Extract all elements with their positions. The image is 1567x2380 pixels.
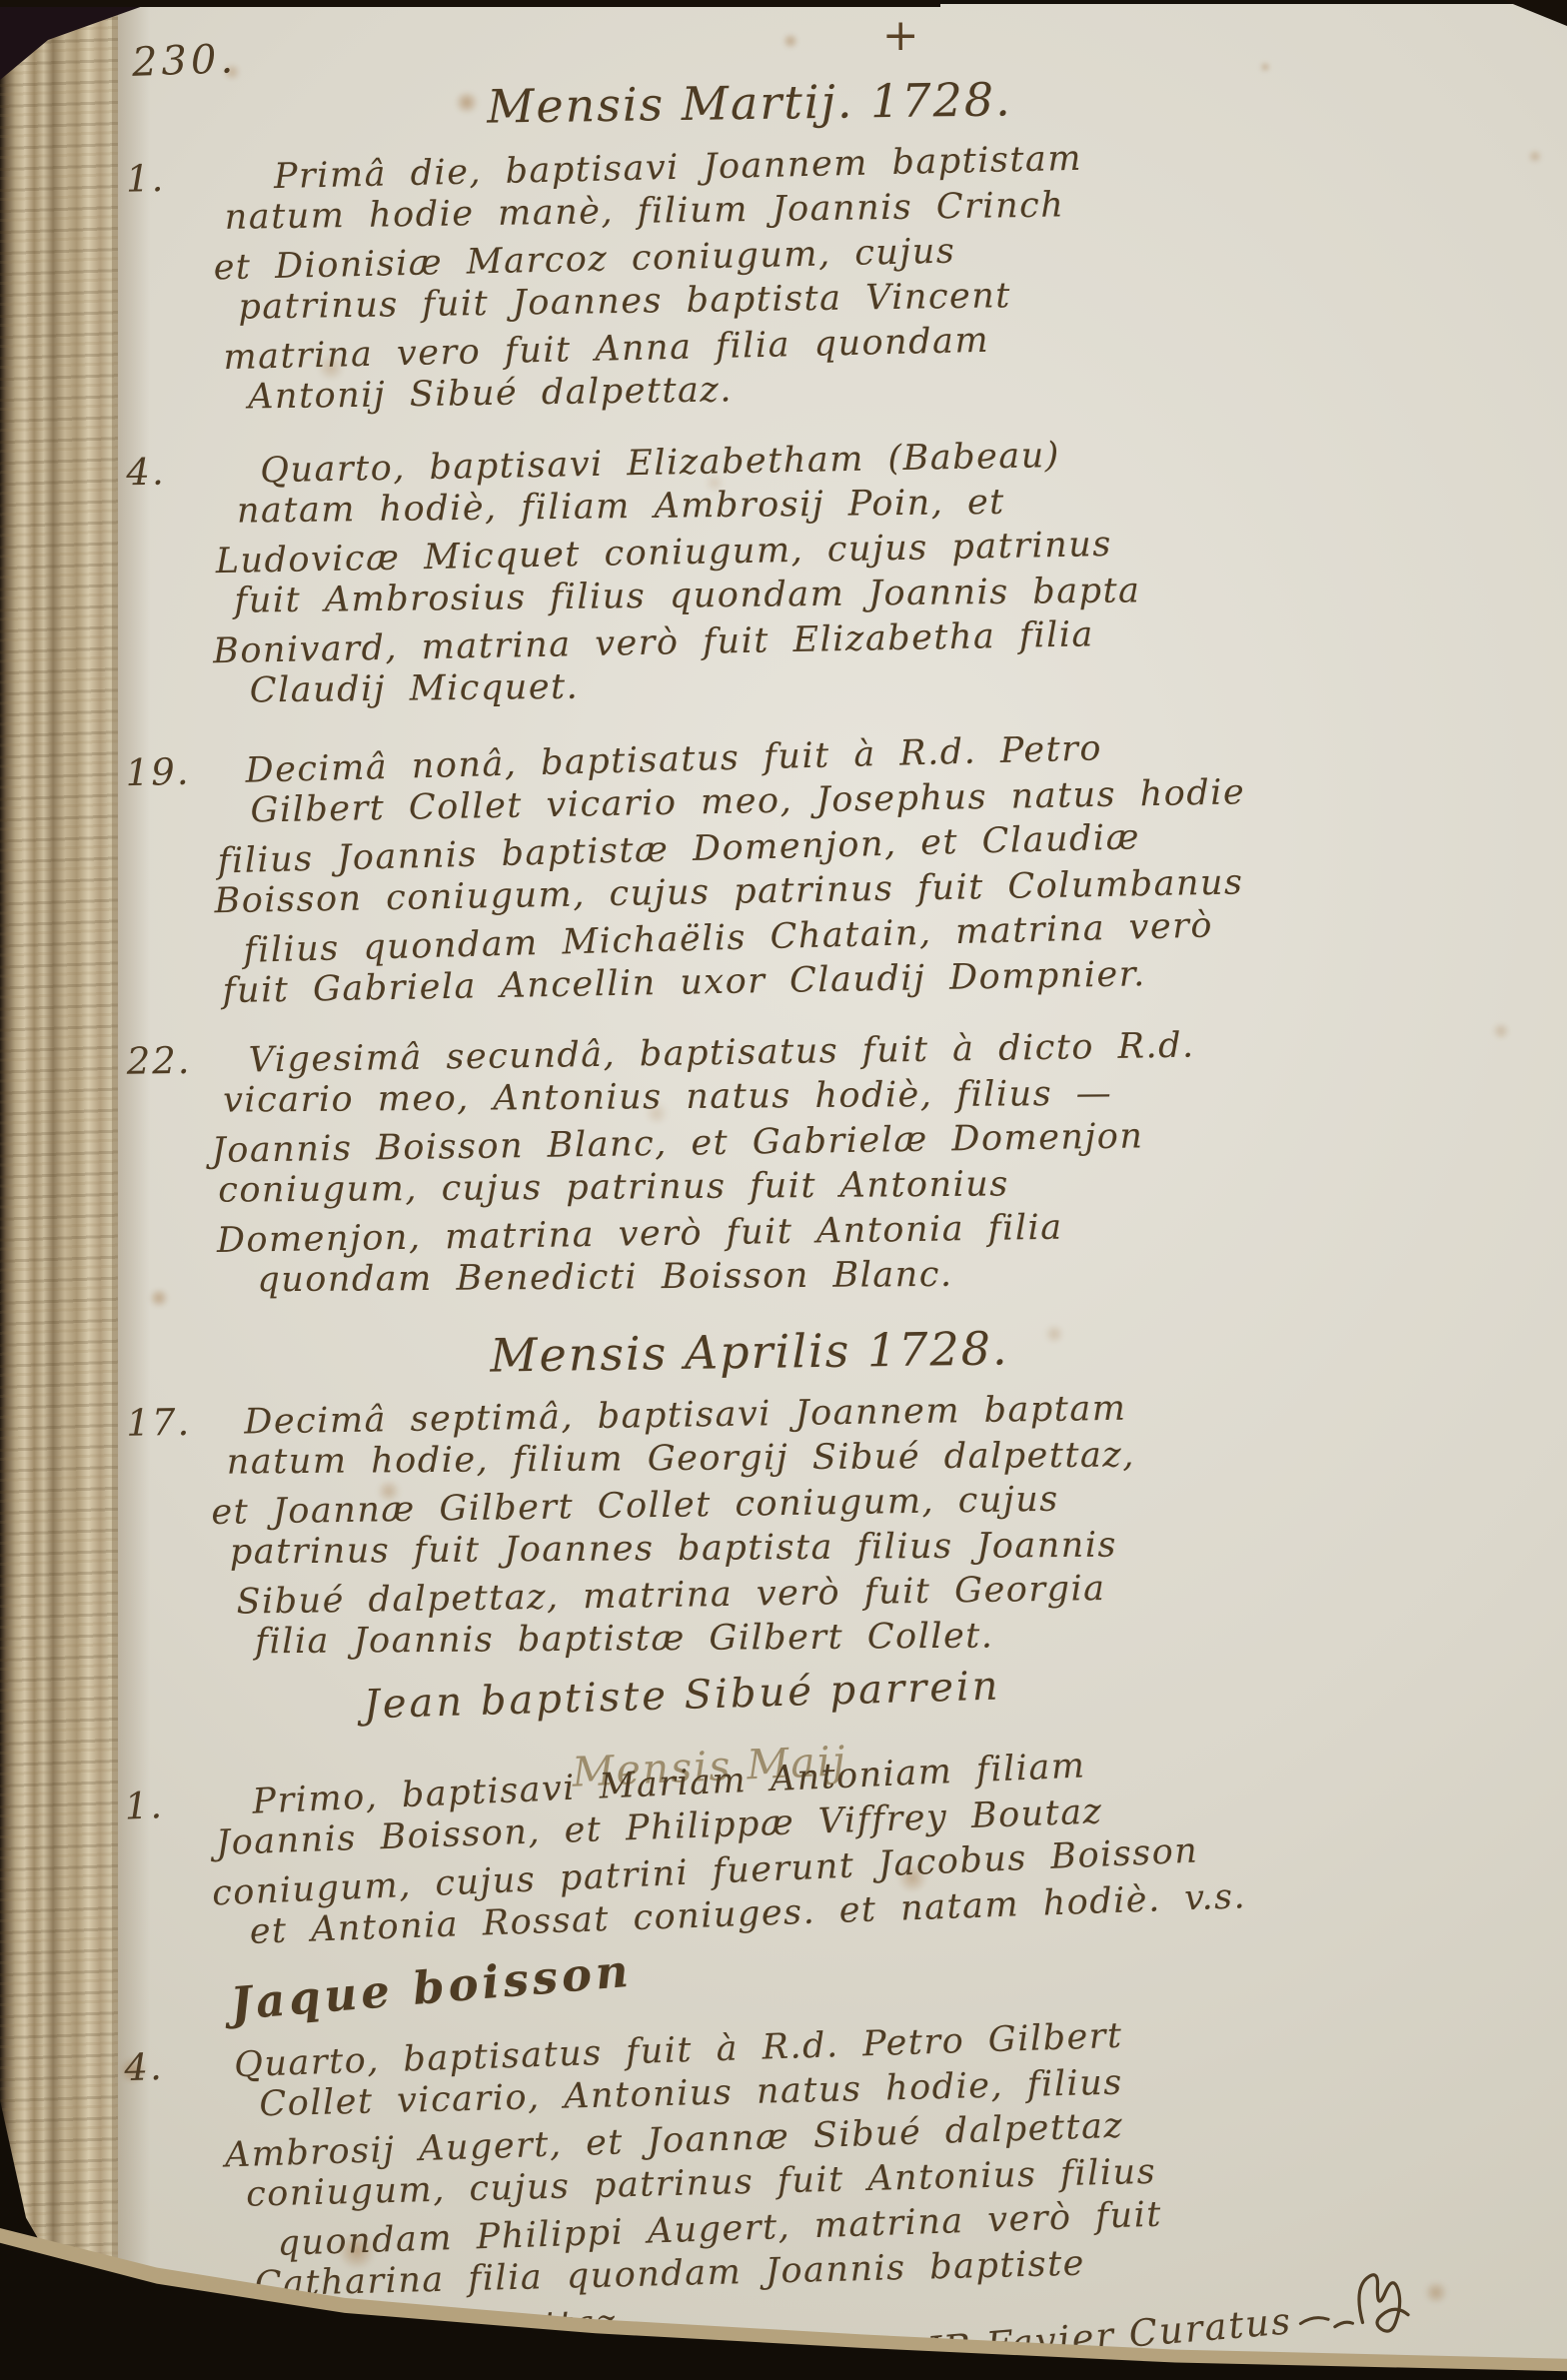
entry-lines: Decimâ septimâ, baptisavi Joannem baptam… [210, 1382, 1553, 1724]
signature-flourish [1291, 2254, 1417, 2342]
witness-signature: Jaque boisson [229, 1944, 635, 2031]
baptism-entry: 4.Quarto, baptisavi Elizabetham (Babeau)… [126, 427, 1553, 718]
baptism-entry: 22.Vigesimâ secundâ, baptisatus fuit à d… [126, 1020, 1552, 1307]
entry-number: 1. [124, 1780, 218, 2025]
page-number: 230. [131, 36, 238, 86]
section-heading: Mensis Martij. 1728. [128, 67, 1372, 138]
entry-lines: Primâ die, baptisavi Joannem baptistamna… [210, 128, 1554, 424]
register-section: Mensis Martij. 1728.1.Primâ die, baptisa… [128, 76, 1551, 1299]
entry-number: 4. [126, 448, 214, 718]
entry-number: 22. [126, 1037, 213, 1308]
blessing-cross-mark: + [882, 10, 919, 61]
signature-text: Jean baptiste Sibué parrein [363, 1663, 1001, 1728]
entry-number: 1. [126, 154, 215, 426]
entry-number: 19. [125, 747, 215, 1019]
register-section: Mensis Maij1.Primo, baptisavi Mariam Ant… [128, 1743, 1551, 2338]
entry-line: quondam Benedicti Boisson Blanc. [257, 1248, 1552, 1303]
signature-text: Jaque boisson [229, 1944, 635, 2031]
entry-number: 17. [126, 1399, 214, 1726]
baptism-entry: 17.Decimâ septimâ, baptisavi Joannem bap… [126, 1382, 1553, 1725]
baptism-entry: 1.Primâ die, baptisavi Joannem baptistam… [126, 128, 1554, 425]
entry-line: filia Joannis baptistæ Gilbert Collet. [255, 1610, 1552, 1665]
page-header: 230. + [128, 24, 1551, 74]
book-binding-edge [0, 0, 118, 2380]
manuscript-text: 230. + Mensis Martij. 1728.1.Primâ die, … [128, 24, 1551, 2364]
baptism-entry: 19.Decimâ nonâ, baptisatus fuit à R.d. P… [125, 717, 1554, 1019]
entry-lines: Decimâ nonâ, baptisatus fuit à R.d. Petr… [209, 717, 1554, 1017]
witness-signature: Jean baptiste Sibué parrein [363, 1663, 1001, 1728]
register-section: Mensis Aprilis 1728.17.Decimâ septimâ, b… [128, 1325, 1551, 1717]
manuscript-scan: 230. + Mensis Martij. 1728.1.Primâ die, … [0, 0, 1567, 2380]
page-top-edge [0, 0, 940, 7]
entry-lines: Quarto, baptisavi Elizabetham (Babeau)na… [210, 427, 1553, 717]
entry-lines: Vigesimâ secundâ, baptisatus fuit à dict… [210, 1020, 1552, 1306]
section-heading: Mensis Aprilis 1728. [128, 1316, 1372, 1387]
